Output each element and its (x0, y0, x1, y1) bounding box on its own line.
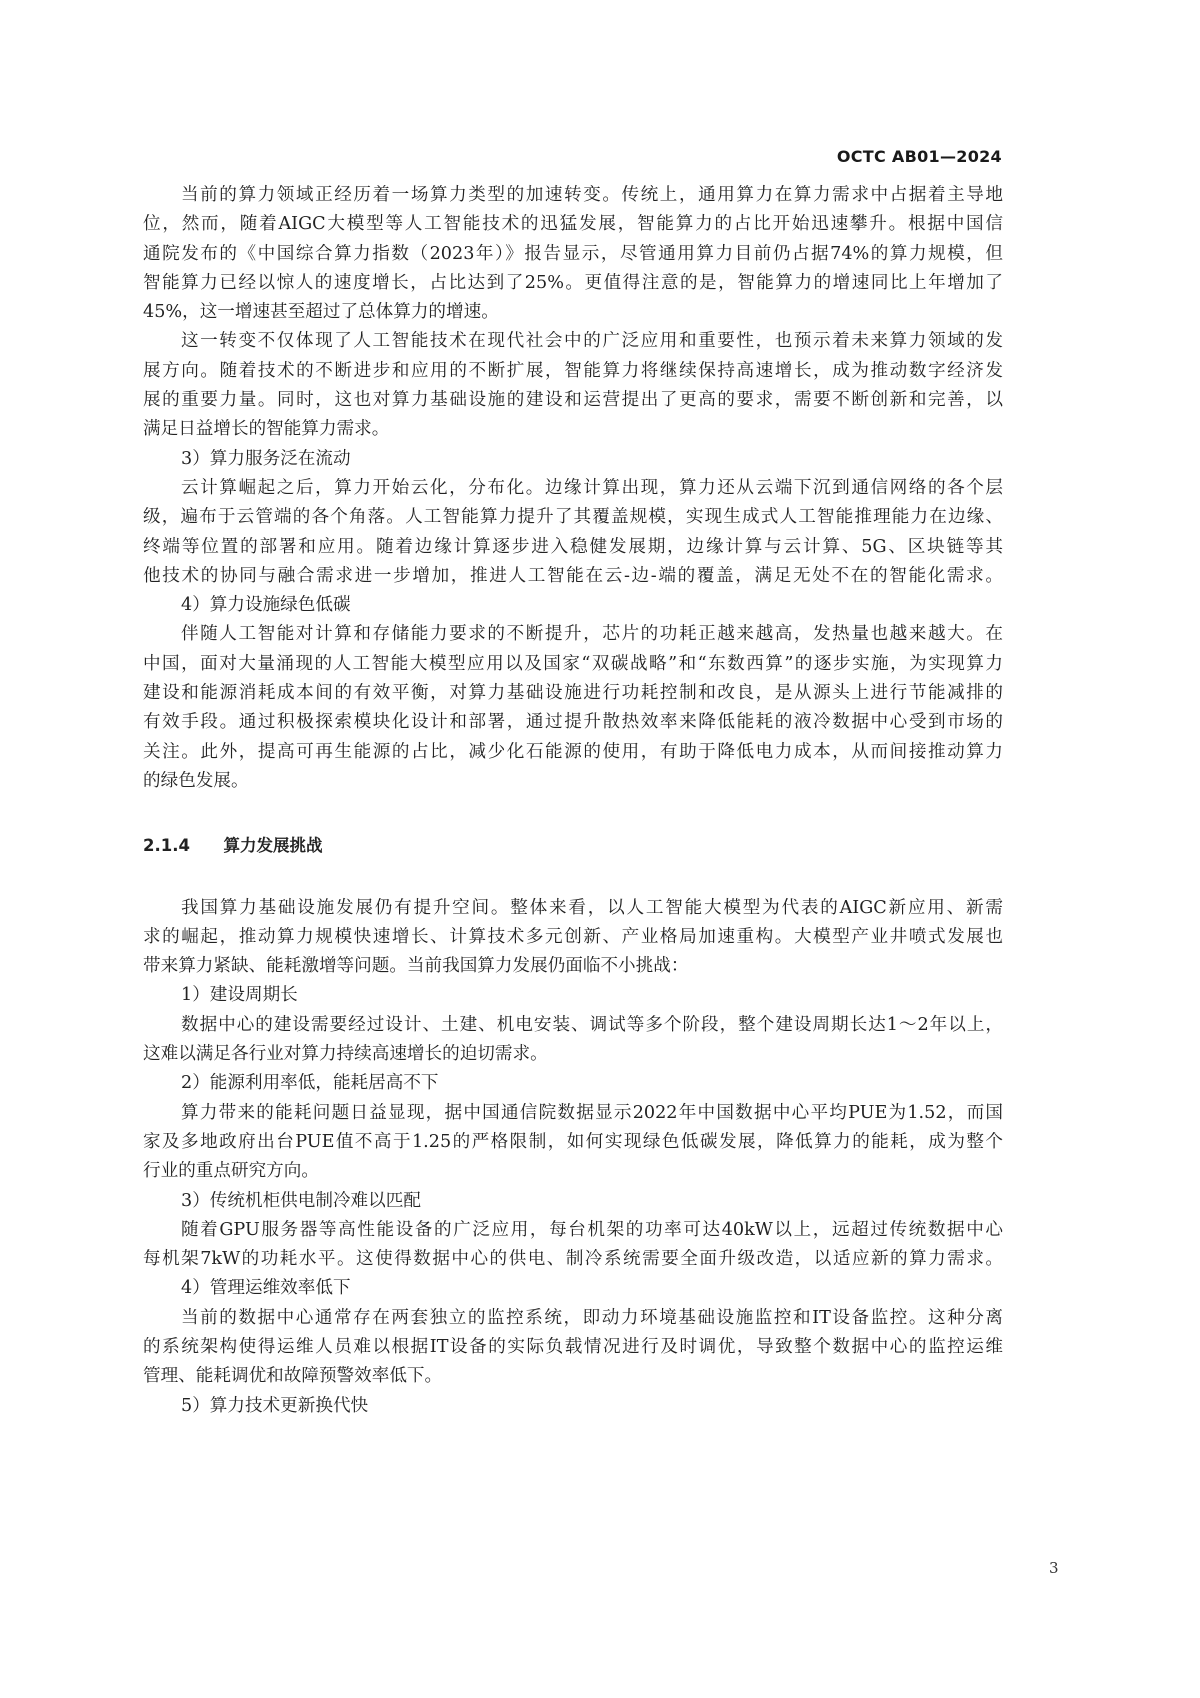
text-line: 智能算力已经以惊人的速度增长，占比达到了25%。更值得注意的是，智能算力的增速同… (143, 269, 1003, 298)
text-line: 的绿色发展。 (143, 767, 1003, 796)
text-line: 中国，面对大量涌现的人工智能大模型应用以及国家“双碳战略”和“东数西算”的逐步实… (143, 650, 1003, 679)
text-line: 带来算力紧缺、能耗激增等问题。当前我国算力发展仍面临不小挑战： (143, 952, 1003, 981)
text-line: 展的重要力量。同时，这也对算力基础设施的建设和运营提出了更高的要求，需要不断创新… (143, 386, 1003, 415)
document-body: 当前的算力领域正经历着一场算力类型的加速转变。传统上，通用算力在算力需求中占据着… (143, 181, 1003, 1421)
text-line: 有效手段。通过积极探索模块化设计和部署，通过提升散热效率来降低能耗的液冷数据中心… (143, 708, 1003, 737)
text-line: 满足日益增长的智能算力需求。 (143, 415, 1003, 444)
text-line: 终端等位置的部署和应用。随着边缘计算逐步进入稳健发展期，边缘计算与云计算、5G、… (143, 533, 1003, 562)
text-line: 我国算力基础设施发展仍有提升空间。整体来看，以人工智能大模型为代表的AIGC新应… (143, 894, 1003, 923)
text-line: 这难以满足各行业对算力持续高速增长的迫切需求。 (143, 1040, 1003, 1069)
paragraph-compute-shift: 当前的算力领域正经历着一场算力类型的加速转变。传统上，通用算力在算力需求中占据着… (143, 181, 1003, 327)
text-line: 行业的重点研究方向。 (143, 1157, 1003, 1186)
text-line: 随着GPU服务器等高性能设备的广泛应用，每台机架的功率可达40kW以上，远超过传… (143, 1216, 1003, 1245)
paragraph-green-compute: 伴随人工智能对计算和存储能力要求的不断提升，芯片的功耗正越来越高，发热量也越来越… (143, 620, 1003, 796)
paragraph-challenges-intro: 我国算力基础设施发展仍有提升空间。整体来看，以人工智能大模型为代表的AIGC新应… (143, 894, 1003, 982)
text-line: 这一转变不仅体现了人工智能技术在现代社会中的广泛应用和重要性，也预示着未来算力领… (143, 327, 1003, 356)
section-title: 算力发展挑战 (223, 836, 322, 855)
text-line: 当前的算力领域正经历着一场算力类型的加速转变。传统上，通用算力在算力需求中占据着… (143, 181, 1003, 210)
paragraph-construction-cycle: 数据中心的建设需要经过设计、土建、机电安装、调试等多个阶段，整个建设周期长达1～… (143, 1011, 1003, 1070)
text-line: 级，遍布于云管端的各个角落。人工智能算力提升了其覆盖规模，实现生成式人工智能推理… (143, 503, 1003, 532)
text-line: 数据中心的建设需要经过设计、土建、机电安装、调试等多个阶段，整个建设周期长达1～… (143, 1011, 1003, 1040)
page-number: 3 (1049, 1559, 1059, 1577)
paragraph-ubiquitous-compute: 云计算崛起之后，算力开始云化，分布化。边缘计算出现，算力还从云端下沉到通信网络的… (143, 474, 1003, 591)
list-item-title: 3）传统机柜供电制冷难以匹配 (143, 1187, 1003, 1216)
text-line: 云计算崛起之后，算力开始云化，分布化。边缘计算出现，算力还从云端下沉到通信网络的… (143, 474, 1003, 503)
list-item-title: 3）算力服务泛在流动 (143, 445, 1003, 474)
text-line: 伴随人工智能对计算和存储能力要求的不断提升，芯片的功耗正越来越高，发热量也越来越… (143, 620, 1003, 649)
section-number: 2.1.4 (143, 836, 190, 855)
paragraph-energy-efficiency: 算力带来的能耗问题日益显现，据中国通信院数据显示2022年中国数据中心平均PUE… (143, 1099, 1003, 1187)
text-line: 家及多地政府出台PUE值不高于1.25的严格限制，如何实现绿色低碳发展，降低算力… (143, 1128, 1003, 1157)
paragraph-ai-importance: 这一转变不仅体现了人工智能技术在现代社会中的广泛应用和重要性，也预示着未来算力领… (143, 327, 1003, 444)
text-line: 每机架7kW的功耗水平。这使得数据中心的供电、制冷系统需要全面升级改造，以适应新… (143, 1245, 1003, 1274)
document-page: OCTC AB01—2024 当前的算力领域正经历着一场算力类型的加速转变。传统… (0, 0, 1200, 1698)
list-item-title: 5）算力技术更新换代快 (143, 1392, 1003, 1421)
text-line: 求的崛起，推动算力规模快速增长、计算技术多元创新、产业格局加速重构。大模型产业井… (143, 923, 1003, 952)
section-heading: 2.1.4 算力发展挑战 (143, 831, 1003, 860)
paragraph-rack-power: 随着GPU服务器等高性能设备的广泛应用，每台机架的功率可达40kW以上，远超过传… (143, 1216, 1003, 1275)
list-item-title: 4）管理运维效率低下 (143, 1274, 1003, 1303)
list-item-title: 1）建设周期长 (143, 981, 1003, 1010)
document-code: OCTC AB01—2024 (837, 147, 1002, 166)
text-line: 的系统架构使得运维人员难以根据IT设备的实际负载情况进行及时调优，导致整个数据中… (143, 1333, 1003, 1362)
paragraph-operations: 当前的数据中心通常存在两套独立的监控系统，即动力环境基础设施监控和IT设备监控。… (143, 1304, 1003, 1392)
text-line: 通院发布的《中国综合算力指数（2023年）》报告显示，尽管通用算力目前仍占据74… (143, 240, 1003, 269)
text-line: 展方向。随着技术的不断进步和应用的不断扩展，智能算力将继续保持高速增长，成为推动… (143, 357, 1003, 386)
text-line: 45%，这一增速甚至超过了总体算力的增速。 (143, 298, 1003, 327)
text-line: 关注。此外，提高可再生能源的占比，减少化石能源的使用，有助于降低电力成本，从而间… (143, 738, 1003, 767)
text-line: 他技术的协同与融合需求进一步增加，推进人工智能在云-边-端的覆盖，满足无处不在的… (143, 562, 1003, 591)
list-item-title: 2）能源利用率低，能耗居高不下 (143, 1069, 1003, 1098)
text-line: 管理、能耗调优和故障预警效率低下。 (143, 1362, 1003, 1391)
text-line: 当前的数据中心通常存在两套独立的监控系统，即动力环境基础设施监控和IT设备监控。… (143, 1304, 1003, 1333)
list-item-title: 4）算力设施绿色低碳 (143, 591, 1003, 620)
text-line: 位，然而，随着AIGC大模型等人工智能技术的迅猛发展，智能算力的占比开始迅速攀升… (143, 210, 1003, 239)
text-line: 建设和能源消耗成本间的有效平衡，对算力基础设施进行功耗控制和改良，是从源头上进行… (143, 679, 1003, 708)
text-line: 算力带来的能耗问题日益显现，据中国通信院数据显示2022年中国数据中心平均PUE… (143, 1099, 1003, 1128)
